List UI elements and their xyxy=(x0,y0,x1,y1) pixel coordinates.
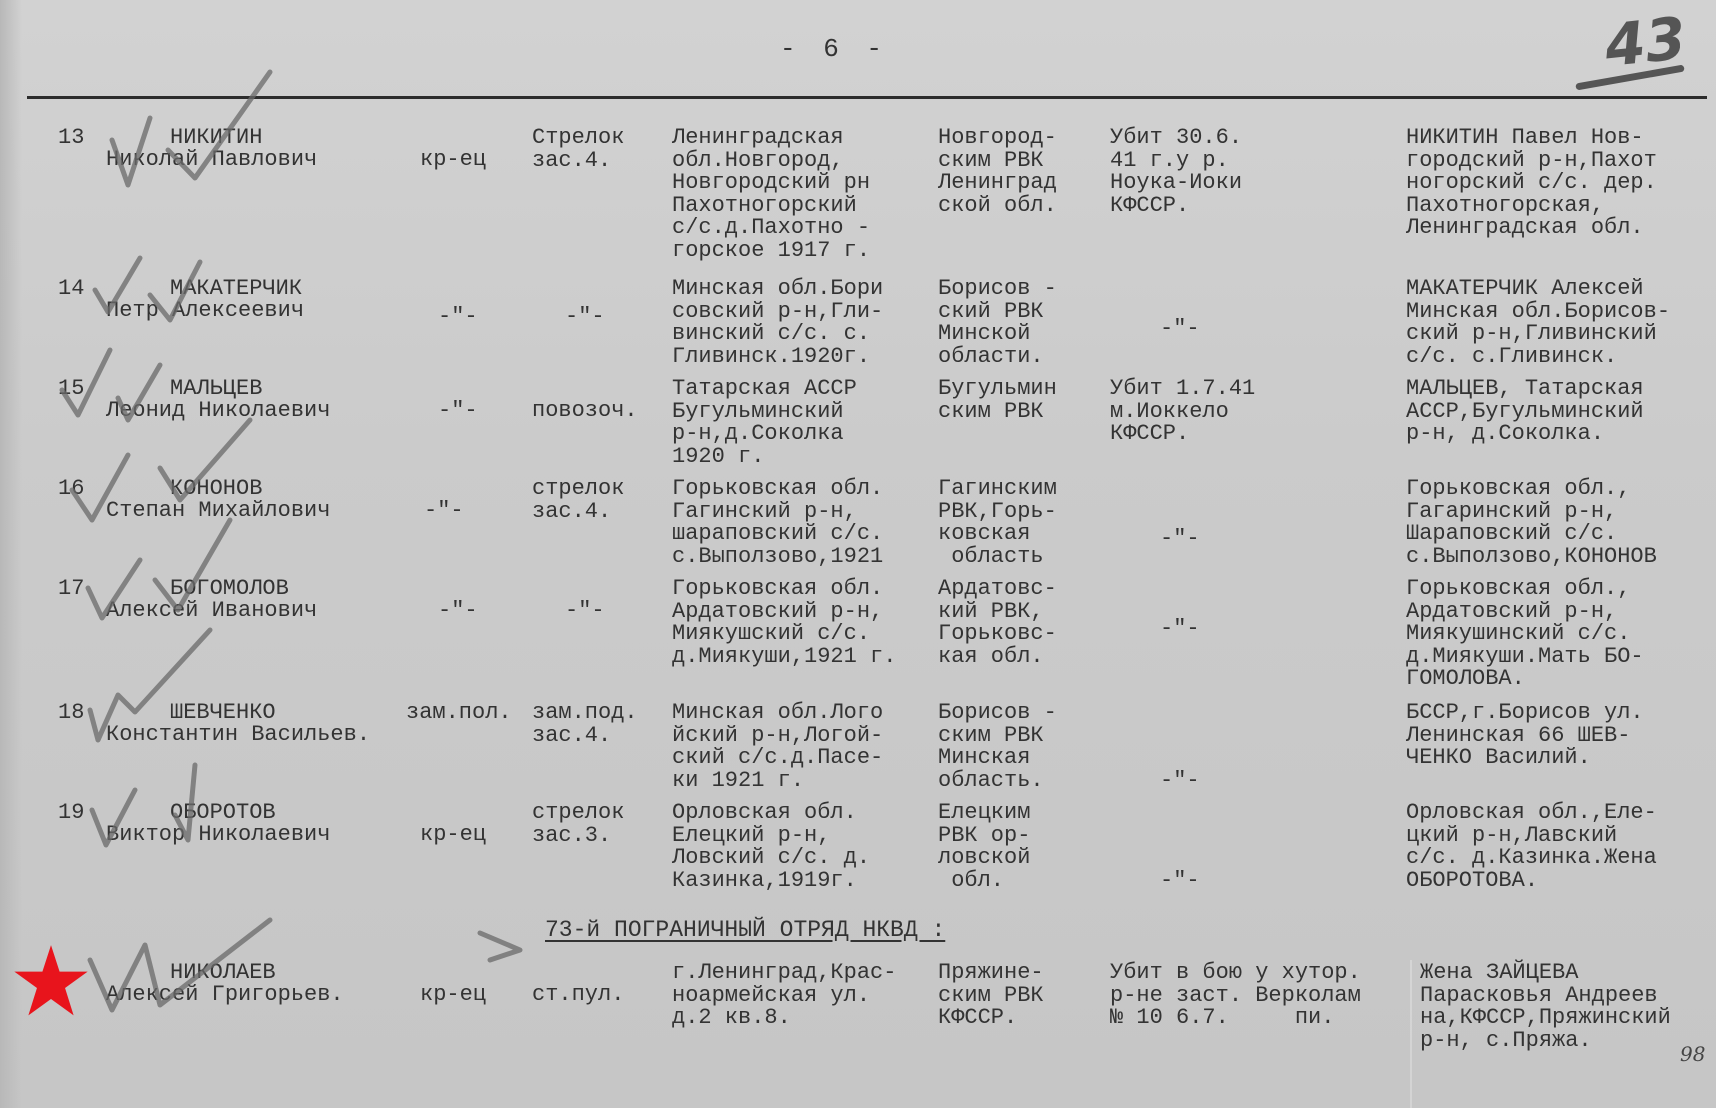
row-14-position: -"- xyxy=(565,306,605,329)
section-heading: 73-й ПОГРАНИЧНЫЙ ОТРЯД НКВД : xyxy=(545,917,945,943)
row-15-birthplace: Татарская АССР Бугульминский р-н,д.Сокол… xyxy=(672,378,857,468)
row-15-given: Леонид Николаевич xyxy=(106,400,330,423)
row-19-rank: кр-ец xyxy=(420,824,486,847)
row-14-birthplace: Минская обл.Бори совский р-н,Гли- вински… xyxy=(672,278,883,368)
row-18-draft: Борисов - ским РВК Минская область. xyxy=(938,702,1057,792)
row-13-birthplace: Ленинградская обл.Новгород, Новгородский… xyxy=(672,127,870,262)
row-nikolaev-given: Алексей Григорьев. xyxy=(106,984,344,1007)
row-17-draft: Ардатовс- кий РВК, Горьковс- кая обл. xyxy=(938,578,1057,668)
row-17-fate: -"- xyxy=(1160,618,1200,641)
row-13-rank: кр-ец xyxy=(420,149,486,172)
page-number: - 6 - xyxy=(780,34,888,64)
row-18-given: Константин Васильев. xyxy=(106,724,370,747)
row-17-num: 17 xyxy=(58,578,84,601)
row-13-given: Николай Павлович xyxy=(106,149,317,172)
row-19-position: стрелок зас.3. xyxy=(532,802,624,847)
row-16-rank: -"- xyxy=(424,500,464,523)
row-16-birthplace: Горьковская обл. Гагинский р-н, шараповс… xyxy=(672,478,883,568)
row-19-relatives: Орловская обл.,Еле- цкий р-н,Лавский с/с… xyxy=(1406,802,1657,892)
row-13-relatives: НИКИТИН Павел Нов- городский р-н,Пахот н… xyxy=(1406,127,1657,240)
row-13-draft: Новгород- ским РВК Ленинград ской обл. xyxy=(938,127,1057,217)
row-nikolaev-relatives: Жена ЗАЙЦЕВА Парасковья Андреев на,КФССР… xyxy=(1420,962,1671,1052)
row-18-num: 18 xyxy=(58,702,84,725)
row-14-rank: -"- xyxy=(438,306,478,329)
row-15-draft: Бугульмин ским РВК xyxy=(938,378,1057,423)
row-13-num: 13 xyxy=(58,127,84,150)
row-17-rank: -"- xyxy=(438,600,478,623)
row-17-given: Алексей Иванович xyxy=(106,600,317,623)
row-19-num: 19 xyxy=(58,802,84,825)
row-16-relatives: Горьковская обл., Гагаринский р-н, Шарап… xyxy=(1406,478,1657,568)
row-nikolaev-rank: кр-ец xyxy=(420,984,486,1007)
row-16-given: Степан Михайлович xyxy=(106,500,330,523)
row-16-fate: -"- xyxy=(1160,528,1200,551)
row-nikolaev-draft: Пряжине- ским РВК КФССР. xyxy=(938,962,1044,1030)
archive-document-page: - 6 - 43 13НИКИТИННиколай Павловичкр-ецС… xyxy=(0,0,1716,1108)
row-14-given: Петр Алексеевич xyxy=(106,300,304,323)
header-rule xyxy=(27,96,1707,99)
row-16-num: 16 xyxy=(58,478,84,501)
row-13-fate: Убит 30.6. 41 г.у р. Ноука-Иоки КФССР. xyxy=(1110,127,1242,217)
row-16-draft: Гагинским РВК,Горь- ковская область xyxy=(938,478,1057,568)
row-15-fate: Убит 1.7.41 м.Иоккело КФССР. xyxy=(1110,378,1255,446)
row-15-relatives: МАЛЬЦЕВ, Татарская АССР,Бугульминский р-… xyxy=(1406,378,1644,446)
row-nikolaev-fate: Убит в бою у хутор. р-не заст. Верколам … xyxy=(1110,962,1361,1030)
row-nikolaev-birthplace: г.Ленинград,Крас- ноармейская ул. д.2 кв… xyxy=(672,962,896,1030)
row-18-birthplace: Минская обл.Лого йский р-н,Логой- ский с… xyxy=(672,702,883,792)
row-19-given: Виктор Николаевич xyxy=(106,824,330,847)
row-14-num: 14 xyxy=(58,278,84,301)
row-nikolaev-position: ст.пул. xyxy=(532,984,624,1007)
row-19-fate: -"- xyxy=(1160,870,1200,893)
row-15-num: 15 xyxy=(58,378,84,401)
red-star-icon xyxy=(12,942,90,1020)
row-18-rank: зам.пол. xyxy=(406,702,512,725)
handwritten-marginal-note: 98 xyxy=(1680,1042,1705,1066)
row-14-relatives: МАКАТЕРЧИК Алексей Минская обл.Борисов- … xyxy=(1406,278,1670,368)
row-14-draft: Борисов - ский РВК Минской области. xyxy=(938,278,1057,368)
row-19-draft: Елецким РВК ор- ловской обл. xyxy=(938,802,1030,892)
row-17-relatives: Горьковская обл., Ардатовский р-н, Мияку… xyxy=(1406,578,1644,691)
row-17-position: -"- xyxy=(565,600,605,623)
row-16-position: стрелок зас.4. xyxy=(532,478,624,523)
row-15-position: повозоч. xyxy=(532,400,638,423)
row-15-rank: -"- xyxy=(438,400,478,423)
row-18-fate: -"- xyxy=(1160,770,1200,793)
row-18-relatives: БССР,г.Борисов ул. Ленинская 66 ШЕВ- ЧЕН… xyxy=(1406,702,1644,770)
row-14-fate: -"- xyxy=(1160,318,1200,341)
row-18-position: зам.под. зас.4. xyxy=(532,702,638,747)
row-13-position: Стрелок зас.4. xyxy=(532,127,624,172)
row-17-birthplace: Горьковская обл. Ардатовский р-н, Миякуш… xyxy=(672,578,896,668)
row-19-birthplace: Орловская обл. Елецкий р-н, Ловский с/с.… xyxy=(672,802,870,892)
paper-fold xyxy=(1410,960,1412,1108)
